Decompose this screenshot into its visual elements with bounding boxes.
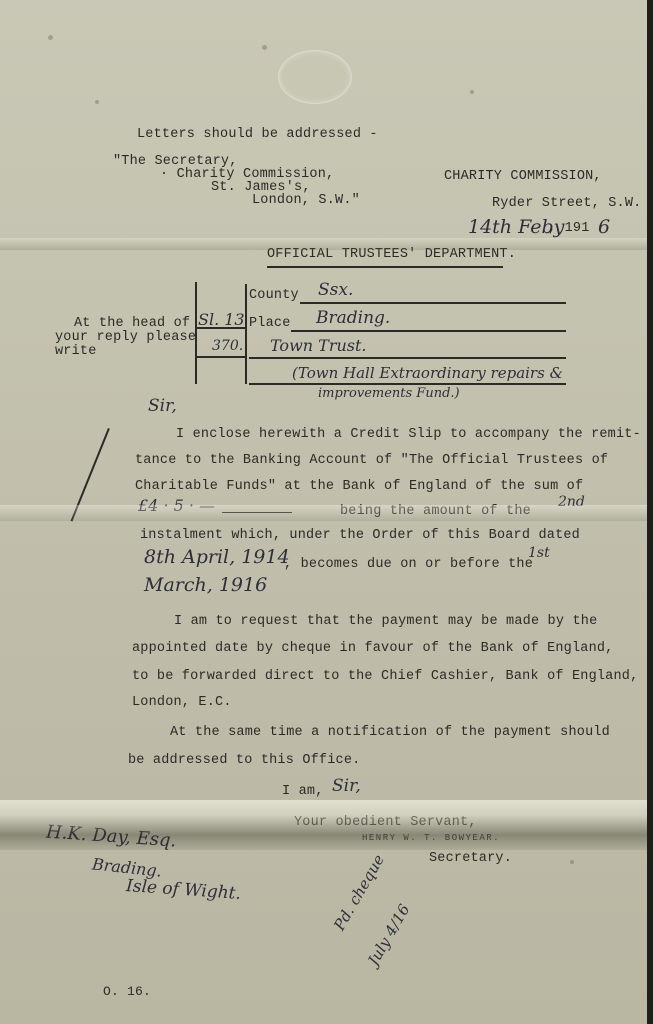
- stain: [95, 100, 99, 104]
- year-digit-handwritten: 6: [598, 216, 610, 238]
- trust-value: Town Trust.: [270, 336, 367, 355]
- address-line: London, S.W.": [252, 193, 360, 208]
- county-line: [300, 302, 566, 304]
- body-text: , becomes due on or before the: [284, 557, 533, 572]
- amount-dash: [222, 512, 292, 513]
- place-line: [291, 330, 566, 332]
- ref-box-right-rule: [245, 284, 247, 384]
- fund-value-cont: improvements Fund.): [318, 386, 460, 401]
- stain: [470, 90, 474, 94]
- closing-i-am: I am,: [282, 784, 324, 799]
- amount-handwritten: £4 · 5 · —: [138, 496, 215, 515]
- body-text: I enclose herewith a Credit Slip to acco…: [176, 427, 641, 442]
- letterhead-street: Ryder Street, S.W.: [492, 196, 641, 211]
- payment-annotation: Pd. cheque: [330, 851, 388, 933]
- margin-slash-mark: [71, 428, 110, 521]
- reply-instruction: your reply please: [55, 330, 196, 345]
- stain: [48, 35, 53, 40]
- body-text: At the same time a notification of the p…: [170, 725, 610, 740]
- body-text: tance to the Banking Account of "The Off…: [135, 453, 608, 468]
- body-text: instalment which, under the Order of thi…: [140, 528, 580, 543]
- stain: [262, 45, 267, 50]
- instalment-ordinal: 2nd: [558, 494, 585, 510]
- ref-box-divider: [195, 356, 245, 358]
- place-value: Brading.: [316, 308, 390, 328]
- ref-box-left-rule: [195, 282, 197, 384]
- body-text: Charitable Funds" at the Bank of England…: [135, 479, 583, 494]
- reply-instruction: At the head of: [74, 316, 190, 331]
- salutation: Sir,: [148, 396, 177, 416]
- fund-line: [249, 383, 566, 385]
- recipient-name: H.K. Day, Esq.: [45, 821, 176, 851]
- stain: [570, 860, 574, 864]
- body-text: to be forwarded direct to the Chief Cash…: [132, 669, 638, 684]
- embossed-seal: [278, 50, 352, 104]
- date-typed: , 191: [548, 221, 590, 236]
- form-code: O. 16.: [103, 984, 151, 999]
- letterhead-org: CHARITY COMMISSION,: [444, 169, 602, 184]
- ref-top-value: Sl. 13: [198, 310, 245, 329]
- department-heading: OFFICIAL TRUSTEES' DEPARTMENT.: [267, 247, 516, 262]
- address-intro: Letters should be addressed -: [137, 127, 378, 142]
- body-text: London, E.C.: [132, 695, 232, 710]
- letter-page: Letters should be addressed - "The Secre…: [0, 0, 647, 1024]
- place-label: Place: [249, 316, 291, 331]
- recipient-region: Isle of Wight.: [125, 876, 241, 904]
- closing-servant: Your obedient Servant,: [294, 815, 477, 830]
- order-date-handwritten: 8th April, 1914: [144, 546, 290, 568]
- body-text: appointed date by cheque in favour of th…: [132, 641, 613, 656]
- closing-sir-handwritten: Sir,: [332, 776, 361, 796]
- payment-annotation-date: July 4/16: [364, 901, 413, 968]
- trust-line: [249, 357, 566, 359]
- county-value: Ssx.: [318, 280, 353, 300]
- signatory-name: HENRY W. T. BOWYEAR.: [362, 833, 500, 843]
- reply-instruction: write: [55, 344, 97, 359]
- due-day-handwritten: 1st: [528, 545, 550, 561]
- paper-fold: [0, 505, 647, 521]
- scan-edge: [647, 0, 653, 1024]
- signatory-title: Secretary.: [429, 851, 512, 866]
- due-date-handwritten: March, 1916: [144, 574, 267, 596]
- body-text: I am to request that the payment may be …: [174, 614, 597, 629]
- fund-value: (Town Hall Extraordinary repairs &: [292, 364, 563, 382]
- body-text: be addressed to this Office.: [128, 753, 360, 768]
- heading-underline: [267, 266, 503, 268]
- body-text: being the amount of the: [340, 504, 531, 519]
- ref-bottom-value: 370.: [212, 338, 243, 354]
- county-label: County: [249, 288, 299, 303]
